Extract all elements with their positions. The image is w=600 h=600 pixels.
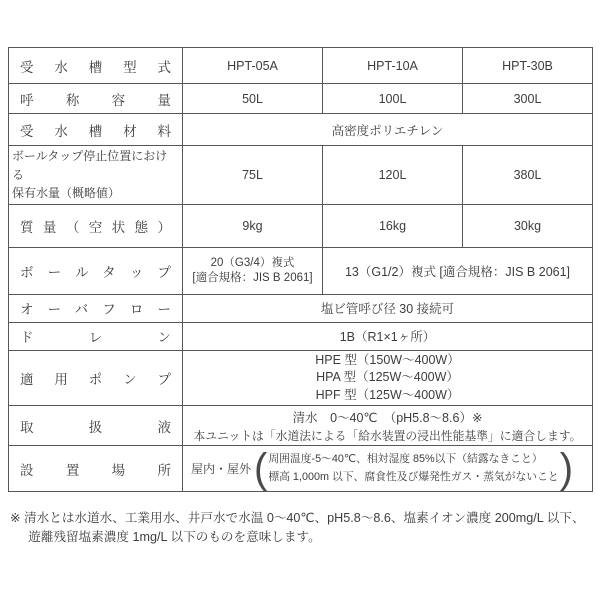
location-value: 屋内・屋外 ( 周囲温度-5～40℃、相対湿度 85%以下（結露なきこと） 標高… [183,446,593,492]
row-label-retained-volume: ボールタップ停止位置における 保有水量（概略値） [9,146,183,205]
row-label-overflow: オーバフロー [9,294,183,322]
row-label-mass: 質量（空状態） [9,204,183,247]
pump-hpf: HPF 型（125W～400W） [184,387,591,405]
row-label-model: 受水槽型式 [9,48,183,84]
pump-hpa: HPA 型（125W～400W） [184,369,591,387]
mass-v2: 16kg [323,204,463,247]
retained-label-line1: ボールタップ停止位置における [12,147,179,184]
retained-v3: 380L [463,146,593,205]
row-liquid: 取扱液 清水 0～40℃ （pH5.8～8.6）※ 本ユニットは「水道法による「… [9,406,593,446]
row-label-capacity: 呼称容量 [9,84,183,114]
mass-v1: 9kg [183,204,323,247]
row-label-ball-tap: ボールタップ [9,247,183,294]
row-material: 受水槽材料 高密度ポリエチレン [9,114,593,146]
pumps-value: HPE 型（150W～400W） HPA 型（125W～400W） HPF 型（… [183,350,593,406]
spec-table: 受水槽型式 HPT-05A HPT-10A HPT-30B 呼称容量 50L 1… [8,47,593,492]
right-parenthesis-glyph: ) [560,448,573,490]
row-capacity: 呼称容量 50L 100L 300L [9,84,593,114]
row-drain: ドレン 1B（R1×1ヶ所） [9,322,593,350]
material-value: 高密度ポリエチレン [183,114,593,146]
drain-value: 1B（R1×1ヶ所） [183,322,593,350]
model-hpt30b: HPT-30B [463,48,593,84]
row-label-location: 設置場所 [9,446,183,492]
capacity-v3: 300L [463,84,593,114]
location-cond-line1: 周囲温度-5～40℃、相対湿度 85%以下（結露なきこと） [268,451,558,469]
row-label-liquid: 取扱液 [9,406,183,446]
row-retained-volume: ボールタップ停止位置における 保有水量（概略値） 75L 120L 380L [9,146,593,205]
ball-tap-v1-line2: [適合規格：JIS B 2061] [184,271,321,286]
footnote-line2: 遊離残留塩素濃度 1mg/L 以下のものを意味します。 [28,528,594,547]
location-conditions: 周囲温度-5～40℃、相対湿度 85%以下（結露なきこと） 標高 1,000m … [267,451,559,487]
location-cond-line2: 標高 1,000m 以下、腐食性及び爆発性ガス・蒸気がないこと [268,469,558,487]
retained-v2: 120L [323,146,463,205]
ball-tap-v1-line1: 20（G3/4）複式 [184,256,321,271]
liquid-value: 清水 0～40℃ （pH5.8～8.6）※ 本ユニットは「水道法による「給水装置… [183,406,593,446]
left-parenthesis-glyph: ( [254,448,267,490]
model-hpt05a: HPT-05A [183,48,323,84]
row-ball-tap: ボールタップ 20（G3/4）複式 [適合規格：JIS B 2061] 13（G… [9,247,593,294]
ball-tap-v2: 13（G1/2）複式 [適合規格：JIS B 2061] [323,247,593,294]
ball-tap-v1: 20（G3/4）複式 [適合規格：JIS B 2061] [183,247,323,294]
row-label-material: 受水槽材料 [9,114,183,146]
row-overflow: オーバフロー 塩ビ管呼び径 30 接続可 [9,294,593,322]
model-hpt10a: HPT-10A [323,48,463,84]
liquid-line1: 清水 0～40℃ （pH5.8～8.6）※ [184,408,591,426]
footnote: ※ 清水とは水道水、工業用水、井戸水で水温 0～40℃、pH5.8～8.6、塩素… [10,509,594,547]
row-pumps: 適用ポンプ HPE 型（150W～400W） HPA 型（125W～400W） … [9,350,593,406]
retained-v1: 75L [183,146,323,205]
capacity-v1: 50L [183,84,323,114]
location-indoor-outdoor: 屋内・屋外 [185,460,254,477]
overflow-value: 塩ビ管呼び径 30 接続可 [183,294,593,322]
mass-v3: 30kg [463,204,593,247]
pump-hpe: HPE 型（150W～400W） [184,352,591,370]
row-model: 受水槽型式 HPT-05A HPT-10A HPT-30B [9,48,593,84]
liquid-line2: 本ユニットは「水道法による「給水装置の浸出性能基準」に適合します。 [184,427,591,444]
row-mass: 質量（空状態） 9kg 16kg 30kg [9,204,593,247]
footnote-line1: ※ 清水とは水道水、工業用水、井戸水で水温 0～40℃、pH5.8～8.6、塩素… [10,509,594,528]
retained-label-line2: 保有水量（概略値） [12,184,179,203]
spec-table-grid: 受水槽型式 HPT-05A HPT-10A HPT-30B 呼称容量 50L 1… [8,47,593,492]
capacity-v2: 100L [323,84,463,114]
row-label-drain: ドレン [9,322,183,350]
row-label-pumps: 適用ポンプ [9,350,183,406]
row-location: 設置場所 屋内・屋外 ( 周囲温度-5～40℃、相対湿度 85%以下（結露なきこ… [9,446,593,492]
